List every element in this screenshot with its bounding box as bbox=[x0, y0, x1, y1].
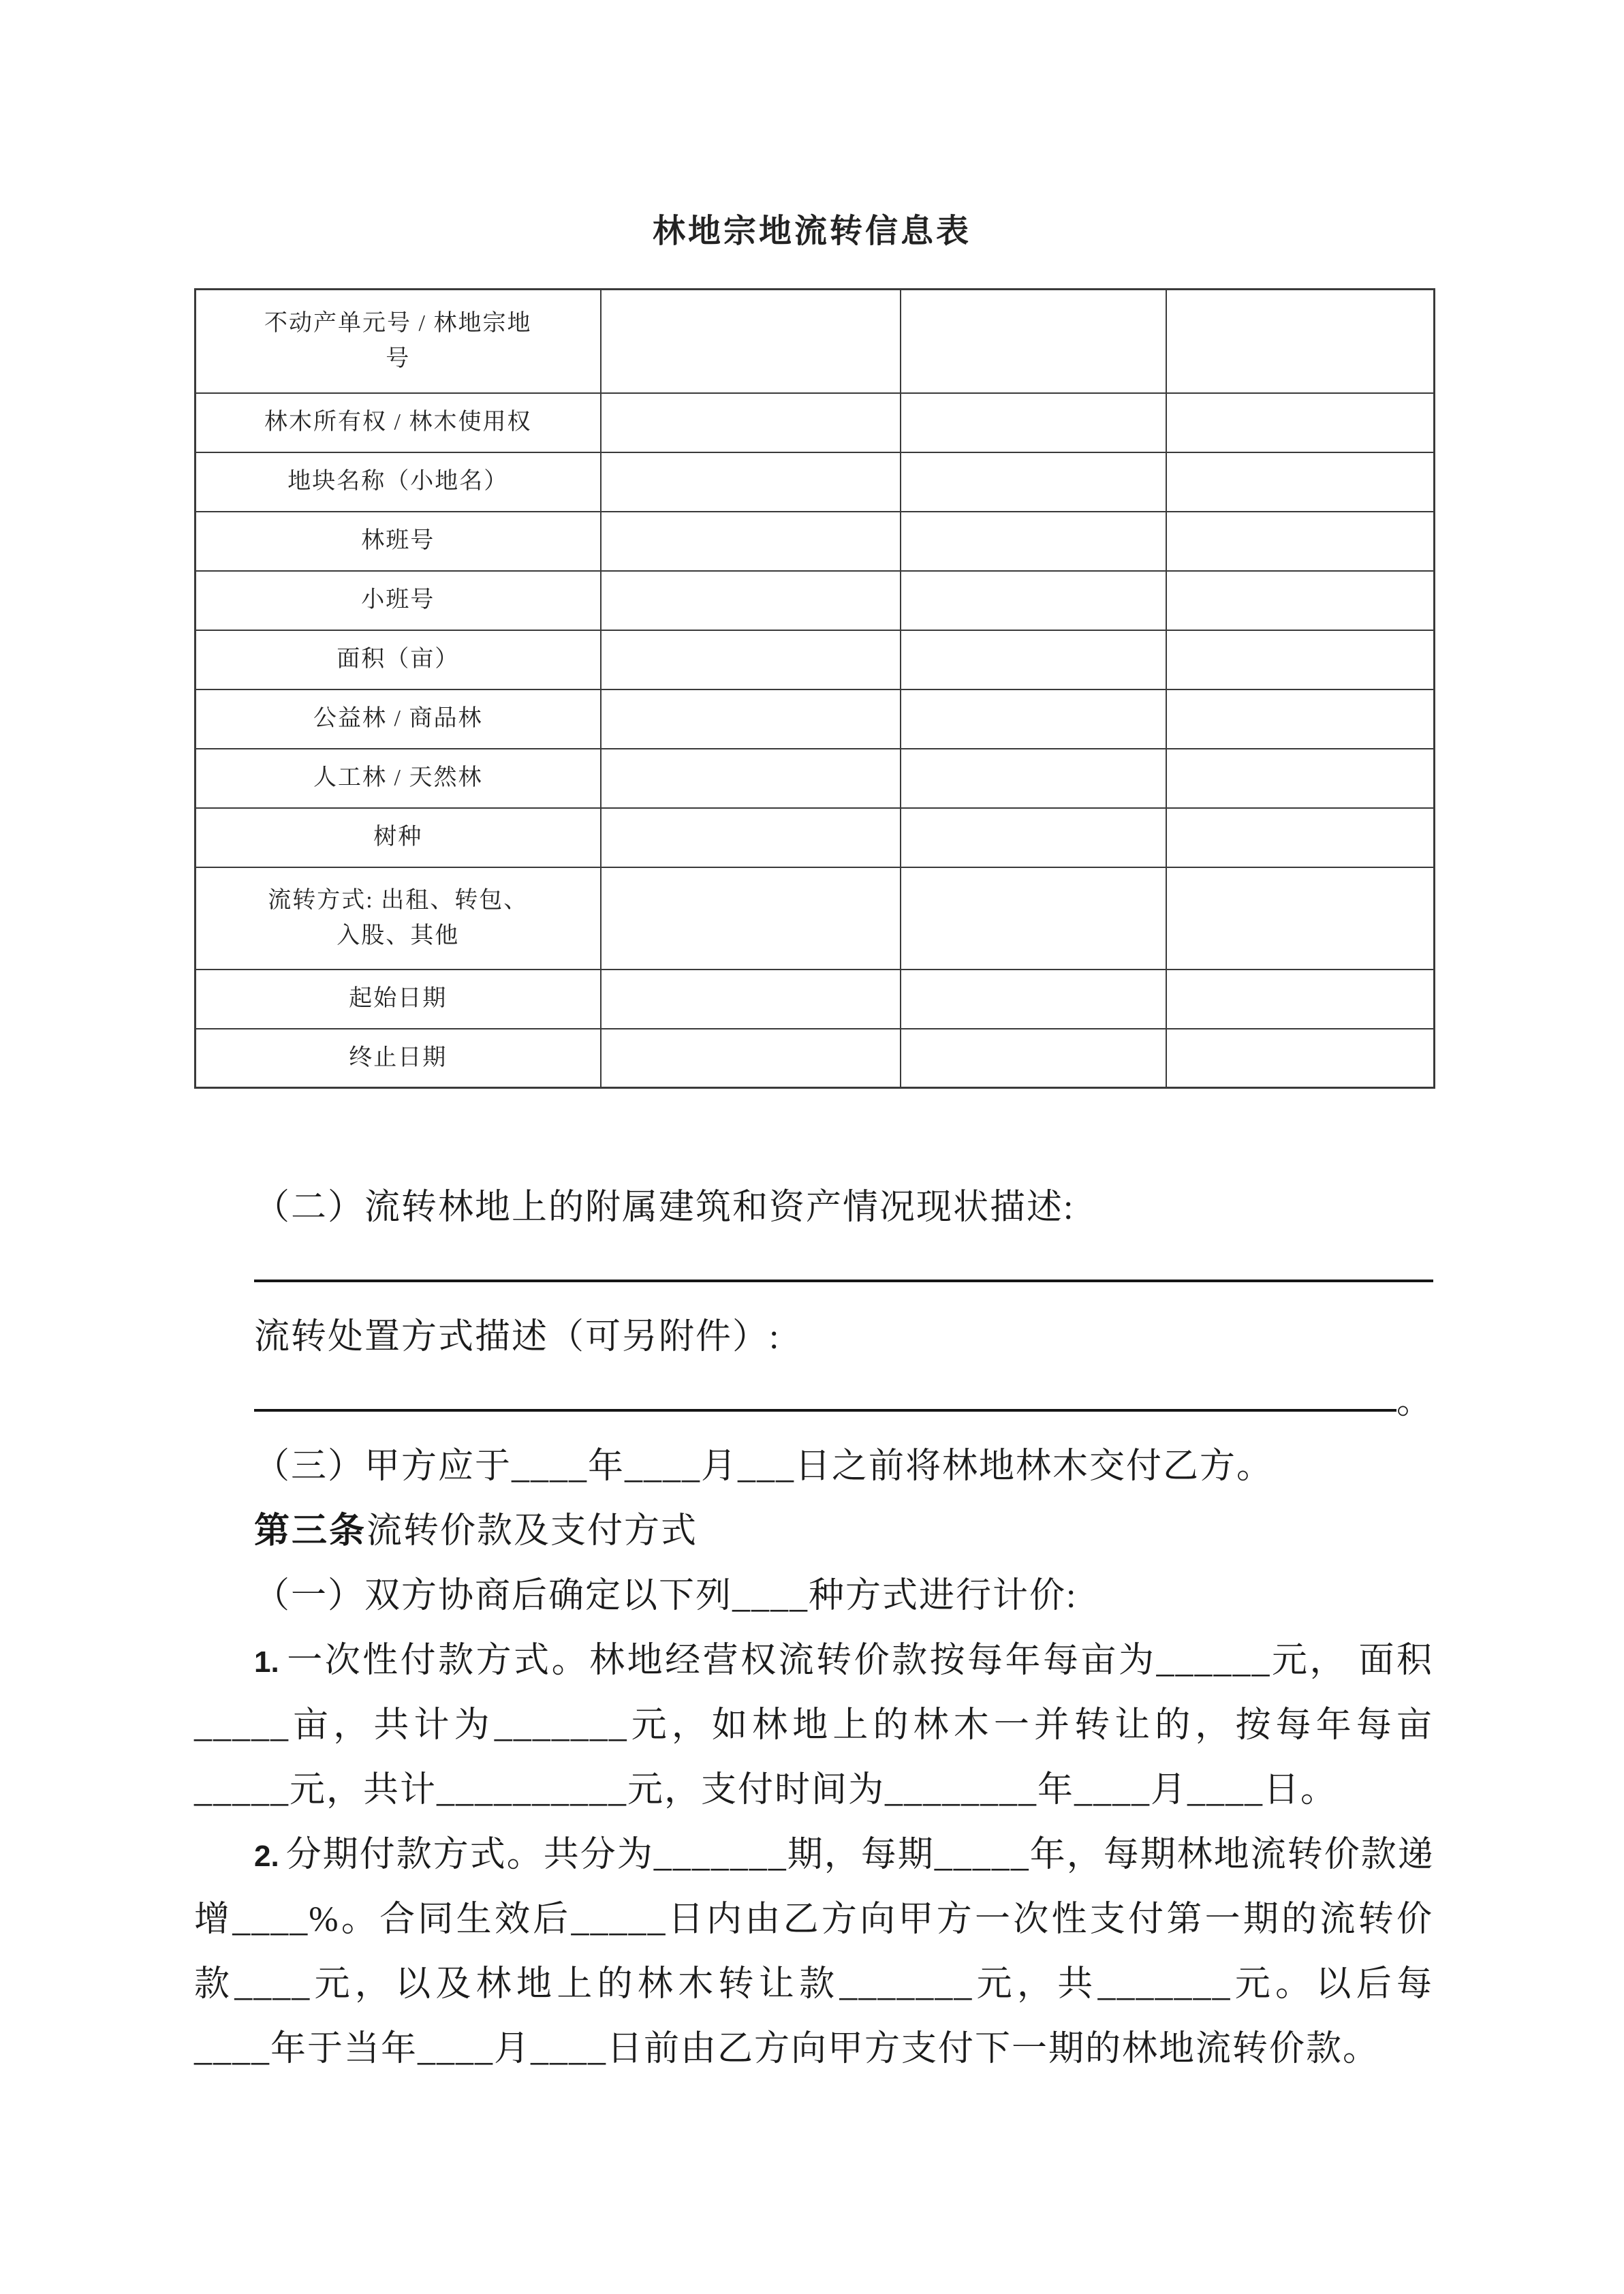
document-page: 林地宗地流转信息表 不动产单元号 / 林地宗地 号 林木所有权 / 林木使用权 bbox=[0, 0, 1624, 2294]
empty-cell bbox=[901, 452, 1166, 512]
empty-cell bbox=[901, 290, 1166, 393]
empty-cell bbox=[601, 749, 901, 808]
empty-cell bbox=[1166, 689, 1435, 749]
table-row: 起始日期 bbox=[196, 970, 1435, 1029]
row-label: 人工林 / 天然林 bbox=[196, 749, 601, 808]
empty-cell bbox=[1166, 1029, 1435, 1088]
empty-cell bbox=[601, 452, 901, 512]
item-1-heading: （一）双方协商后确定以下列____种方式进行计价: bbox=[194, 1564, 1433, 1628]
row-label: 终止日期 bbox=[196, 1029, 601, 1088]
table-row: 人工林 / 天然林 bbox=[196, 749, 1435, 808]
empty-cell bbox=[1166, 290, 1435, 393]
blank-fill-line-2: 。 bbox=[194, 1369, 1433, 1434]
table-row: 地块名称（小地名） bbox=[196, 452, 1435, 512]
row-label: 面积（亩） bbox=[196, 630, 601, 689]
empty-cell bbox=[1166, 512, 1435, 571]
empty-cell bbox=[1166, 808, 1435, 867]
empty-cell bbox=[601, 1029, 901, 1088]
method-1-line-2: _____亩，共计为_______元，如林地上的林木一并转让的，按每年每亩 bbox=[194, 1693, 1433, 1758]
method-2-text: 分期付款方式。共分为_______期，每期_____年，每期林地流转价款递 bbox=[286, 1835, 1435, 1874]
blank-underline bbox=[254, 1240, 1433, 1282]
empty-cell bbox=[1166, 393, 1435, 452]
empty-cell bbox=[901, 867, 1166, 970]
contract-body: （二）流转林地上的附属建筑和资产情况现状描述: 流转处置方式描述（可另附件）: … bbox=[194, 1175, 1433, 2081]
blank-fill-line-1 bbox=[194, 1240, 1433, 1305]
table-row: 终止日期 bbox=[196, 1029, 1435, 1088]
method-1-line-3: _____元，共计__________元，支付时间为________年____月… bbox=[194, 1758, 1433, 1823]
empty-cell bbox=[1166, 749, 1435, 808]
empty-cell bbox=[601, 808, 901, 867]
row-label: 地块名称（小地名） bbox=[196, 452, 601, 512]
row-label: 不动产单元号 / 林地宗地 号 bbox=[196, 290, 601, 393]
empty-cell bbox=[601, 571, 901, 630]
empty-cell bbox=[601, 867, 901, 970]
method-1-text: 一次性付款方式。林地经营权流转价款按每年每亩为______元， 面积 bbox=[286, 1641, 1433, 1680]
row-label: 起始日期 bbox=[196, 970, 601, 1029]
method-1-number: 1. bbox=[254, 1645, 286, 1679]
table-row: 小班号 bbox=[196, 571, 1435, 630]
clause-2-heading: （二）流转林地上的附属建筑和资产情况现状描述: bbox=[194, 1175, 1433, 1240]
blank-underline bbox=[254, 1369, 1396, 1412]
empty-cell bbox=[901, 689, 1166, 749]
empty-cell bbox=[601, 512, 901, 571]
article-3-heading: 第三条流转价款及支付方式 bbox=[194, 1499, 1433, 1564]
clause-3-text: （三）甲方应于____年____月___日之前将林地林木交付乙方。 bbox=[194, 1434, 1433, 1499]
land-parcel-info-table: 不动产单元号 / 林地宗地 号 林木所有权 / 林木使用权 地块名称（小地名） … bbox=[194, 288, 1435, 1089]
table-row: 林木所有权 / 林木使用权 bbox=[196, 393, 1435, 452]
method-2-line-1: 2.分期付款方式。共分为_______期，每期_____年，每期林地流转价款递 bbox=[194, 1823, 1433, 1887]
table-row: 面积（亩） bbox=[196, 630, 1435, 689]
empty-cell bbox=[601, 290, 901, 393]
empty-cell bbox=[901, 571, 1166, 630]
empty-cell bbox=[1166, 970, 1435, 1029]
empty-cell bbox=[1166, 571, 1435, 630]
empty-cell bbox=[601, 689, 901, 749]
empty-cell bbox=[901, 393, 1166, 452]
table-row: 公益林 / 商品林 bbox=[196, 689, 1435, 749]
fill-line-period: 。 bbox=[1396, 1369, 1433, 1434]
row-label: 流转方式: 出租、转包、 入股、其他 bbox=[196, 867, 601, 970]
disposal-method-heading: 流转处置方式描述（可另附件）: bbox=[194, 1305, 1433, 1369]
empty-cell bbox=[1166, 867, 1435, 970]
table-row: 树种 bbox=[196, 808, 1435, 867]
row-label: 树种 bbox=[196, 808, 601, 867]
row-label: 林班号 bbox=[196, 512, 601, 571]
empty-cell bbox=[1166, 630, 1435, 689]
empty-cell bbox=[901, 1029, 1166, 1088]
article-3-title: 流转价款及支付方式 bbox=[366, 1512, 698, 1551]
empty-cell bbox=[901, 512, 1166, 571]
row-label: 公益林 / 商品林 bbox=[196, 689, 601, 749]
table-row: 不动产单元号 / 林地宗地 号 bbox=[196, 290, 1435, 393]
method-2-number: 2. bbox=[254, 1840, 286, 1873]
empty-cell bbox=[601, 630, 901, 689]
method-2-line-3: 款____元，以及林地上的林木转让款_______元，共_______元。以后每 bbox=[194, 1952, 1433, 2017]
empty-cell bbox=[901, 970, 1166, 1029]
table-row: 流转方式: 出租、转包、 入股、其他 bbox=[196, 867, 1435, 970]
method-1-line-1: 1.一次性付款方式。林地经营权流转价款按每年每亩为______元， 面积 bbox=[194, 1628, 1433, 1693]
empty-cell bbox=[601, 393, 901, 452]
page-title: 林地宗地流转信息表 bbox=[0, 210, 1624, 253]
empty-cell bbox=[901, 749, 1166, 808]
article-3-label: 第三条 bbox=[254, 1511, 366, 1551]
empty-cell bbox=[601, 970, 901, 1029]
table-row: 林班号 bbox=[196, 512, 1435, 571]
empty-cell bbox=[1166, 452, 1435, 512]
row-label: 林木所有权 / 林木使用权 bbox=[196, 393, 601, 452]
empty-cell bbox=[901, 630, 1166, 689]
method-2-line-2: 增____%。合同生效后_____日内由乙方向甲方一次性支付第一期的流转价 bbox=[194, 1887, 1433, 1952]
row-label: 小班号 bbox=[196, 571, 601, 630]
empty-cell bbox=[901, 808, 1166, 867]
method-2-line-4: ____年于当年____月____日前由乙方向甲方支付下一期的林地流转价款。 bbox=[194, 2017, 1433, 2081]
